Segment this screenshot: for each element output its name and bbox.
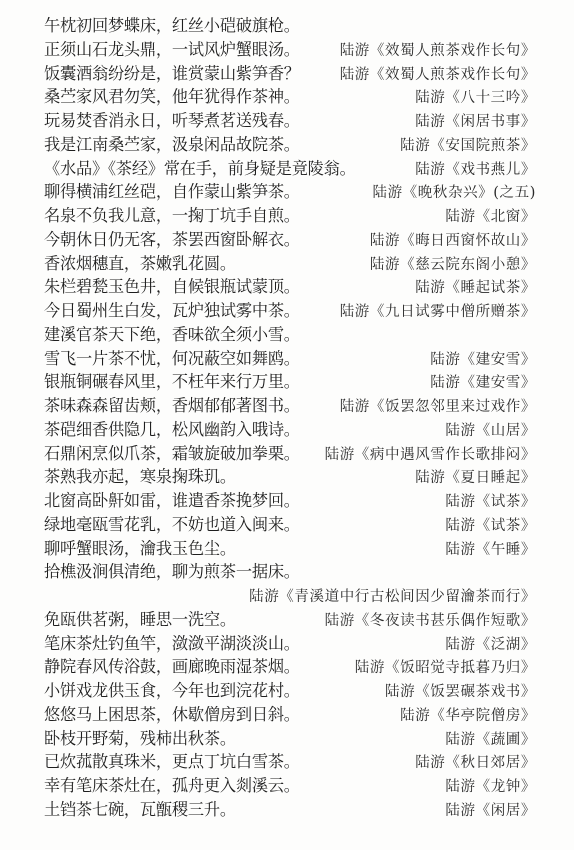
verse-text: 茶硙细香供隐几，松风幽韵入哦诗。: [44, 419, 300, 441]
verse-text: 茶味森森留齿颊，香烟郁郁著图书。: [44, 395, 300, 417]
poem-line: 我是江南桑苎家，汲泉闲品故院茶。陆游《安国院煎茶》: [0, 134, 574, 158]
citation-text: 陆游《建安雪》: [430, 372, 536, 394]
poem-line: 拾樵汲涧俱清绝，聊为煎茶一据床。: [0, 561, 574, 585]
poem-line: 聊呼蟹眼汤，瀹我玉色尘。陆游《午睡》: [0, 538, 574, 562]
verse-text: 聊得横浦红丝硙，自作蒙山紫笋茶。: [44, 181, 300, 203]
verse-text: 正须山石龙头鼎，一试风炉蟹眼汤。: [44, 39, 300, 61]
poem-line: 名泉不负我儿意，一掬丁坑手自煎。陆游《北窗》: [0, 205, 574, 229]
citation-text: 陆游《龙钟》: [445, 776, 536, 798]
verse-text: 香浓烟穗直，茶嫩乳花圆。: [44, 253, 236, 275]
document-page: 午枕初回梦蝶床，红丝小硙破旗枪。正须山石龙头鼎，一试风炉蟹眼汤。陆游《效蜀人煎茶…: [0, 0, 574, 850]
verse-text: 小饼戏龙供玉食，今年也到浣花村。: [44, 680, 300, 702]
citation-text: 陆游《冬夜读书甚乐偶作短歌》: [325, 610, 536, 632]
citation-text: 陆游《蔬圃》: [445, 729, 536, 751]
poem-line: 午枕初回梦蝶床，红丝小硙破旗枪。: [0, 15, 574, 39]
verse-text: 绿地毫瓯雪花乳，不妨也道入闽来。: [44, 514, 300, 536]
citation-text: 陆游《睡起试茶》: [415, 277, 536, 299]
poem-line: 朱栏碧甃玉色井，自候银瓶试蒙顶。陆游《睡起试茶》: [0, 276, 574, 300]
poem-line: 陆游《青溪道中行古松间因少留瀹茶而行》: [0, 585, 574, 609]
poem-line: 雪飞一片茶不忧，何况蔽空如舞鸥。陆游《建安雪》: [0, 348, 574, 372]
verse-text: 卧枝开野菊，残柿出秋茶。: [44, 728, 236, 750]
poem-line: 聊得横浦红丝硙，自作蒙山紫笋茶。陆游《晚秋杂兴》(之五): [0, 181, 574, 205]
citation-text: 陆游《晚秋杂兴》(之五): [372, 182, 536, 204]
verse-text: 桑苎家风君勿笑，他年犹得作茶神。: [44, 86, 300, 108]
citation-text: 陆游《八十三吟》: [415, 87, 536, 109]
citation-text: 陆游《秋日郊居》: [415, 752, 536, 774]
citation-text: 陆游《效蜀人煎茶戏作长句》: [340, 64, 536, 86]
poem-line: 悠悠马上困思茶，休歇僧房到日斜。陆游《华亭院僧房》: [0, 704, 574, 728]
poem-line: 幸有笔床茶灶在，孤舟更入剡溪云。陆游《龙钟》: [0, 775, 574, 799]
verse-text: 银瓶铜碾春风里，不枉年来行万里。: [44, 371, 300, 393]
citation-text: 陆游《华亭院僧房》: [400, 705, 536, 727]
verse-text: 今朝休日仍无客，茶罢西窗卧解衣。: [44, 229, 300, 251]
verse-text: 幸有笔床茶灶在，孤舟更入剡溪云。: [44, 775, 300, 797]
citation-text: 陆游《夏日睡起》: [415, 467, 536, 489]
verse-text: 拾樵汲涧俱清绝，聊为煎茶一据床。: [44, 561, 300, 583]
verse-text: 免瓯供茗粥，睡思一洗空。: [44, 609, 236, 631]
poem-line: 银瓶铜碾春风里，不枉年来行万里。陆游《建安雪》: [0, 371, 574, 395]
verse-text: 土铛茶七碗，瓦甑稷三升。: [44, 799, 236, 821]
citation-text: 陆游《山居》: [445, 420, 536, 442]
verse-text: 北窗高卧鼾如雷，谁遣香茶挽梦回。: [44, 490, 300, 512]
verse-text: 午枕初回梦蝶床，红丝小硙破旗枪。: [44, 15, 300, 37]
poem-line: 玩易焚香消永日，听琴煮茗送残春。陆游《闲居书事》: [0, 110, 574, 134]
verse-text: 我是江南桑苎家，汲泉闲品故院茶。: [44, 134, 300, 156]
poem-line: 静院春风传浴鼓，画廊晚雨湿茶烟。陆游《饭昭觉寺抵暮乃归》: [0, 656, 574, 680]
citation-text: 陆游《闲居》: [445, 800, 536, 822]
citation-text: 陆游《北窗》: [445, 206, 536, 228]
poem-line: 饭囊酒翁纷纷是，谁赏蒙山紫笋香？陆游《效蜀人煎茶戏作长句》: [0, 63, 574, 87]
verse-text: 笔床茶灶钓鱼竿，潋潋平湖淡淡山。: [44, 633, 300, 655]
poem-line: 土铛茶七碗，瓦甑稷三升。陆游《闲居》: [0, 799, 574, 823]
verse-text: 名泉不负我儿意，一掬丁坑手自煎。: [44, 205, 300, 227]
citation-text: 陆游《饭昭觉寺抵暮乃归》: [355, 657, 536, 679]
citation-text: 陆游《安国院煎茶》: [400, 135, 536, 157]
poem-line: 卧枝开野菊，残柿出秋茶。陆游《蔬圃》: [0, 728, 574, 752]
citation-text: 陆游《戏书燕儿》: [415, 159, 536, 181]
poem-line: 今朝休日仍无客，茶罢西窗卧解衣。陆游《晦日西窗怀故山》: [0, 229, 574, 253]
citation-text: 陆游《青溪道中行古松间因少留瀹茶而行》: [249, 586, 536, 608]
verse-text: 茶熟我亦起，寒泉掬珠玑。: [44, 466, 236, 488]
citation-text: 陆游《慈云院东阁小憩》: [370, 254, 536, 276]
verse-text: 玩易焚香消永日，听琴煮茗送残春。: [44, 110, 300, 132]
verse-text: 《水品》《茶经》常在手，前身疑是竟陵翁。: [44, 158, 356, 180]
verse-text: 饭囊酒翁纷纷是，谁赏蒙山紫笋香？: [44, 63, 300, 85]
poem-line: 香浓烟穗直，茶嫩乳花圆。陆游《慈云院东阁小憩》: [0, 253, 574, 277]
poem-line: 茶味森森留齿颊，香烟郁郁著图书。陆游《饭罢忽邻里来过戏作》: [0, 395, 574, 419]
poem-line: 石鼎闲烹似爪茶，霜皱旋破加拳栗。陆游《病中遇风雪作长歌排闷》: [0, 443, 574, 467]
citation-text: 陆游《建安雪》: [430, 349, 536, 371]
citation-text: 陆游《晦日西窗怀故山》: [370, 230, 536, 252]
verse-text: 已炊菰散真珠米，更点丁坑白雪茶。: [44, 751, 300, 773]
citation-text: 陆游《闲居书事》: [415, 111, 536, 133]
poem-line: 《水品》《茶经》常在手，前身疑是竟陵翁。陆游《戏书燕儿》: [0, 158, 574, 182]
citation-text: 陆游《饭罢碾茶戏书》: [385, 681, 536, 703]
verse-text: 聊呼蟹眼汤，瀹我玉色尘。: [44, 538, 236, 560]
citation-text: 陆游《饭罢忽邻里来过戏作》: [340, 396, 536, 418]
citation-text: 陆游《九日试雾中僧所赠茶》: [340, 301, 536, 323]
verse-text: 雪飞一片茶不忧，何况蔽空如舞鸥。: [44, 348, 300, 370]
verse-text: 朱栏碧甃玉色井，自候银瓶试蒙顶。: [44, 276, 300, 298]
citation-text: 陆游《病中遇风雪作长歌排闷》: [325, 444, 536, 466]
poem-line: 茶硙细香供隐几，松风幽韵入哦诗。陆游《山居》: [0, 419, 574, 443]
poem-line: 茶熟我亦起，寒泉掬珠玑。陆游《夏日睡起》: [0, 466, 574, 490]
poem-line: 北窗高卧鼾如雷，谁遣香茶挽梦回。陆游《试茶》: [0, 490, 574, 514]
citation-text: 陆游《午睡》: [445, 539, 536, 561]
poem-line: 绿地毫瓯雪花乳，不妨也道入闽来。陆游《试茶》: [0, 514, 574, 538]
citation-text: 陆游《泛湖》: [445, 634, 536, 656]
poem-line: 小饼戏龙供玉食，今年也到浣花村。陆游《饭罢碾茶戏书》: [0, 680, 574, 704]
poem-line: 建溪官茶天下绝，香味欲全须小雪。: [0, 324, 574, 348]
poem-line: 已炊菰散真珠米，更点丁坑白雪茶。陆游《秋日郊居》: [0, 751, 574, 775]
citation-text: 陆游《效蜀人煎茶戏作长句》: [340, 40, 536, 62]
citation-text: 陆游《试茶》: [445, 515, 536, 537]
poem-line: 今日蜀州生白发，瓦炉独试雾中茶。陆游《九日试雾中僧所赠茶》: [0, 300, 574, 324]
poem-line: 正须山石龙头鼎，一试风炉蟹眼汤。陆游《效蜀人煎茶戏作长句》: [0, 39, 574, 63]
verse-text: 悠悠马上困思茶，休歇僧房到日斜。: [44, 704, 300, 726]
citation-text: 陆游《试茶》: [445, 491, 536, 513]
poem-line: 桑苎家风君勿笑，他年犹得作茶神。陆游《八十三吟》: [0, 86, 574, 110]
poem-line: 免瓯供茗粥，睡思一洗空。陆游《冬夜读书甚乐偶作短歌》: [0, 609, 574, 633]
verse-text: 建溪官茶天下绝，香味欲全须小雪。: [44, 324, 300, 346]
verse-text: 石鼎闲烹似爪茶，霜皱旋破加拳栗。: [44, 443, 300, 465]
verse-text: 今日蜀州生白发，瓦炉独试雾中茶。: [44, 300, 300, 322]
verse-text: 静院春风传浴鼓，画廊晚雨湿茶烟。: [44, 656, 300, 678]
poem-line: 笔床茶灶钓鱼竿，潋潋平湖淡淡山。陆游《泛湖》: [0, 633, 574, 657]
